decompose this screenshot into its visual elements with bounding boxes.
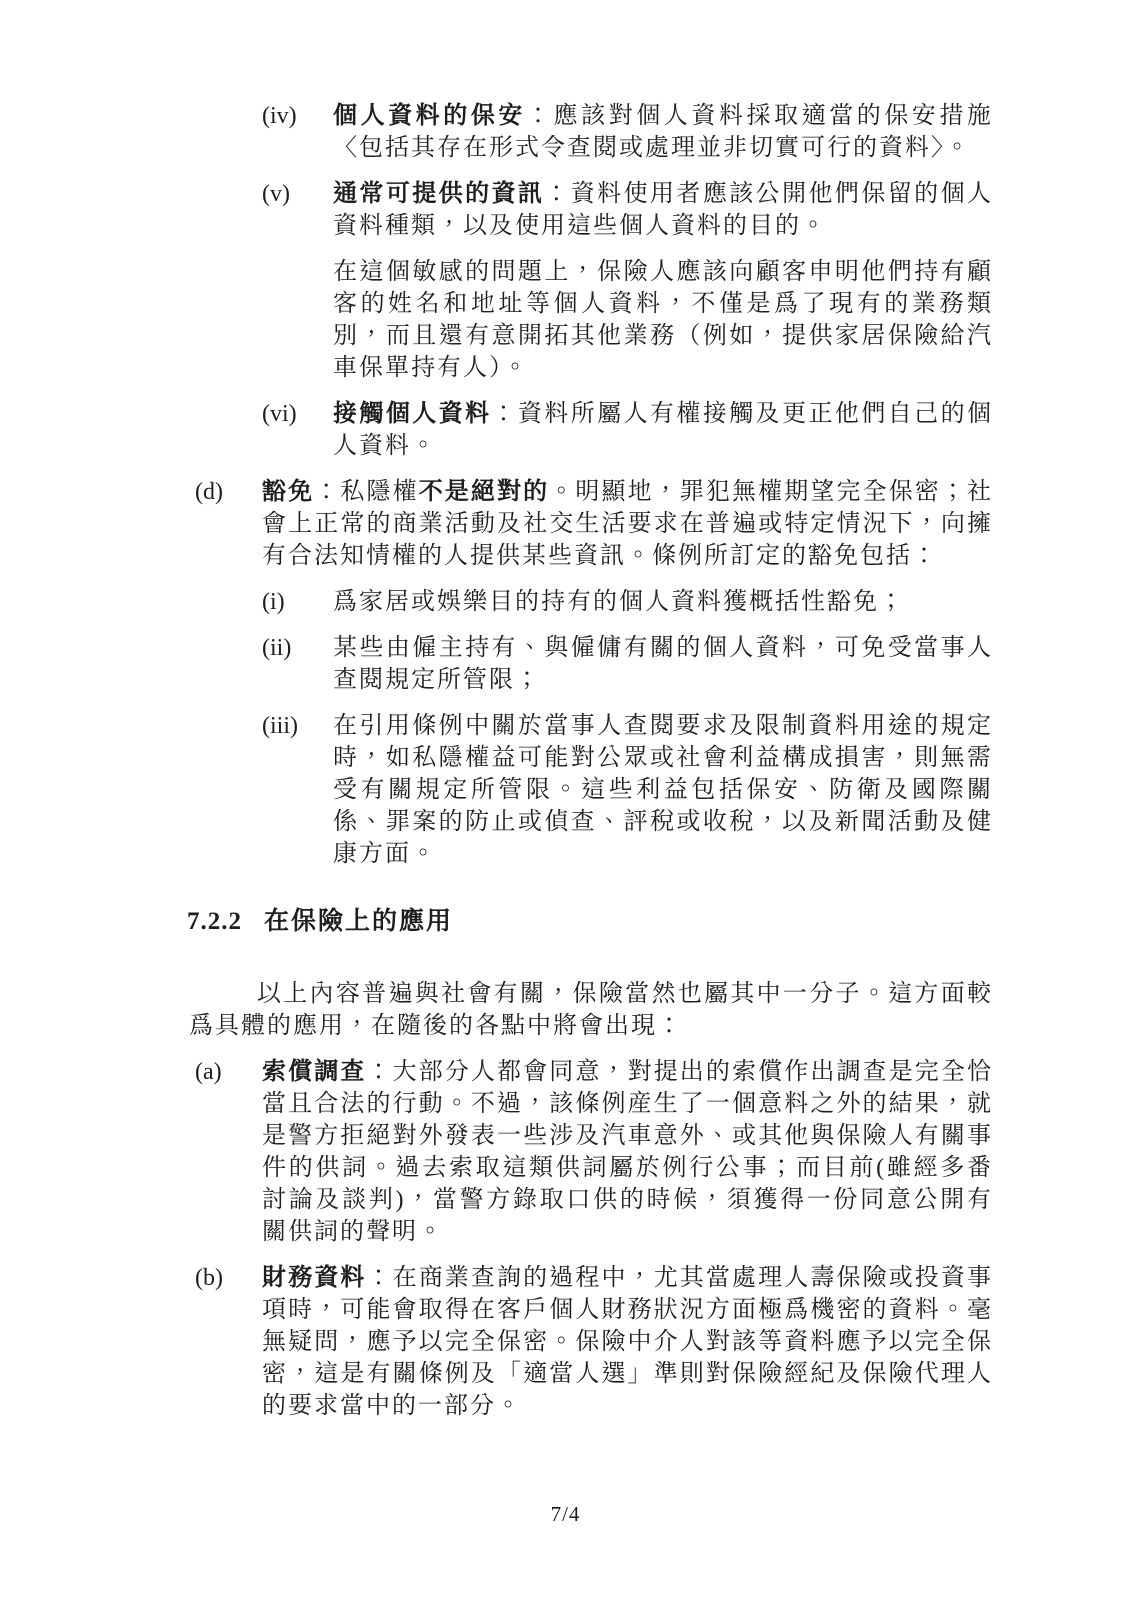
- list-item-a: (a) 索償調查：大部分人都會同意，對提出的索償作出調查是完全恰當且合法的行動。…: [195, 1056, 993, 1248]
- list-item-body: 財務資料：在商業查詢的過程中，尤其當處理人壽保險或投資事項時，可能會取得在客戶個…: [262, 1262, 993, 1422]
- list-item-text: 在引用條例中關於當事人查閱要求及限制資料用途的規定時，如私隱權益可能對公眾或社會…: [333, 710, 993, 870]
- lead-separator: ：: [492, 401, 518, 427]
- page-number: 7/4: [0, 1502, 1131, 1527]
- section-heading: 7.2.2在保險上的應用: [187, 906, 993, 938]
- list-item-iv: (iv) 個人資料的保安：應該對個人資料採取適當的保安措施〈包括其存在形式令查閱…: [262, 100, 993, 164]
- lead-separator: ：: [526, 103, 554, 129]
- list-item-body: 豁免：私隱權不是絕對的。明顯地，罪犯無權期望完全保密；社會上正常的商業活動及社交…: [262, 476, 993, 572]
- list-item-text: 爲家居或娛樂目的持有的個人資料獲概括性豁免；: [333, 586, 993, 618]
- list-item-label: (iii): [262, 710, 333, 870]
- list-item-lead: 個人資料的保安: [333, 103, 526, 129]
- list-item-lead: 通常可提供的資訊: [333, 181, 544, 207]
- list-item-label: (iv): [262, 100, 333, 164]
- list-item-text: ：私隱權: [314, 479, 418, 505]
- document-page: (iv) 個人資料的保安：應該對個人資料採取適當的保安措施〈包括其存在形式令查閱…: [0, 0, 1131, 1600]
- list-item-lead: 索償調查: [262, 1059, 366, 1085]
- list-item-label: (ii): [262, 632, 333, 696]
- list-item-text: 某些由僱主持有、與僱傭有關的個人資料，可免受當事人查閱規定所管限；: [333, 632, 993, 696]
- list-item-i: (i) 爲家居或娛樂目的持有的個人資料獲概括性豁免；: [262, 586, 993, 618]
- list-item-body: 個人資料的保安：應該對個人資料採取適當的保安措施〈包括其存在形式令查閱或處理並非…: [333, 100, 993, 164]
- page-content: (iv) 個人資料的保安：應該對個人資料採取適當的保安措施〈包括其存在形式令查閱…: [195, 100, 993, 1436]
- paragraph-sensitive-issue: 在這個敏感的問題上，保險人應該向顧客申明他們持有顧客的姓名和地址等個人資料，不僅…: [333, 256, 993, 384]
- list-item-ii: (ii) 某些由僱主持有、與僱傭有關的個人資料，可免受當事人查閱規定所管限；: [262, 632, 993, 696]
- list-item-label: (a): [195, 1056, 262, 1248]
- list-item-body: 索償調查：大部分人都會同意，對提出的索償作出調查是完全恰當且合法的行動。不過，該…: [262, 1056, 993, 1248]
- lead-separator: ：: [366, 1059, 392, 1085]
- list-item-d: (d) 豁免：私隱權不是絕對的。明顯地，罪犯無權期望完全保密；社會上正常的商業活…: [195, 476, 993, 572]
- list-item-label: (vi): [262, 398, 333, 462]
- emphasized-text: 不是絕對的: [419, 479, 550, 505]
- list-item-label: (b): [195, 1262, 262, 1422]
- list-item-iii: (iii) 在引用條例中關於當事人查閱要求及限制資料用途的規定時，如私隱權益可能…: [262, 710, 993, 870]
- list-item-text: 大部分人都會同意，對提出的索償作出調查是完全恰當且合法的行動。不過，該條例産生了…: [262, 1059, 993, 1245]
- list-item-lead: 豁免: [262, 479, 314, 505]
- list-item-v: (v) 通常可提供的資訊：資料使用者應該公開他們保留的個人資料種類，以及使用這些…: [262, 178, 993, 242]
- lead-separator: ：: [366, 1265, 392, 1291]
- list-item-label: (i): [262, 586, 333, 618]
- section-number: 7.2.2: [187, 908, 242, 935]
- lead-separator: ：: [544, 181, 570, 207]
- list-item-b: (b) 財務資料：在商業查詢的過程中，尤其當處理人壽保險或投資事項時，可能會取得…: [195, 1262, 993, 1422]
- list-item-lead: 財務資料: [262, 1265, 366, 1291]
- list-item-body: 接觸個人資料：資料所屬人有權接觸及更正他們自己的個人資料。: [333, 398, 993, 462]
- list-item-vi: (vi) 接觸個人資料：資料所屬人有權接觸及更正他們自己的個人資料。: [262, 398, 993, 462]
- section-title: 在保險上的應用: [264, 908, 453, 935]
- list-item-label: (v): [262, 178, 333, 242]
- list-item-lead: 接觸個人資料: [333, 401, 492, 427]
- list-item-label: (d): [195, 476, 262, 572]
- paragraph-intro: 以上內容普遍與社會有關，保險當然也屬其中一分子。這方面較爲具體的應用，在隨後的各…: [189, 978, 993, 1042]
- list-item-body: 通常可提供的資訊：資料使用者應該公開他們保留的個人資料種類，以及使用這些個人資料…: [333, 178, 993, 242]
